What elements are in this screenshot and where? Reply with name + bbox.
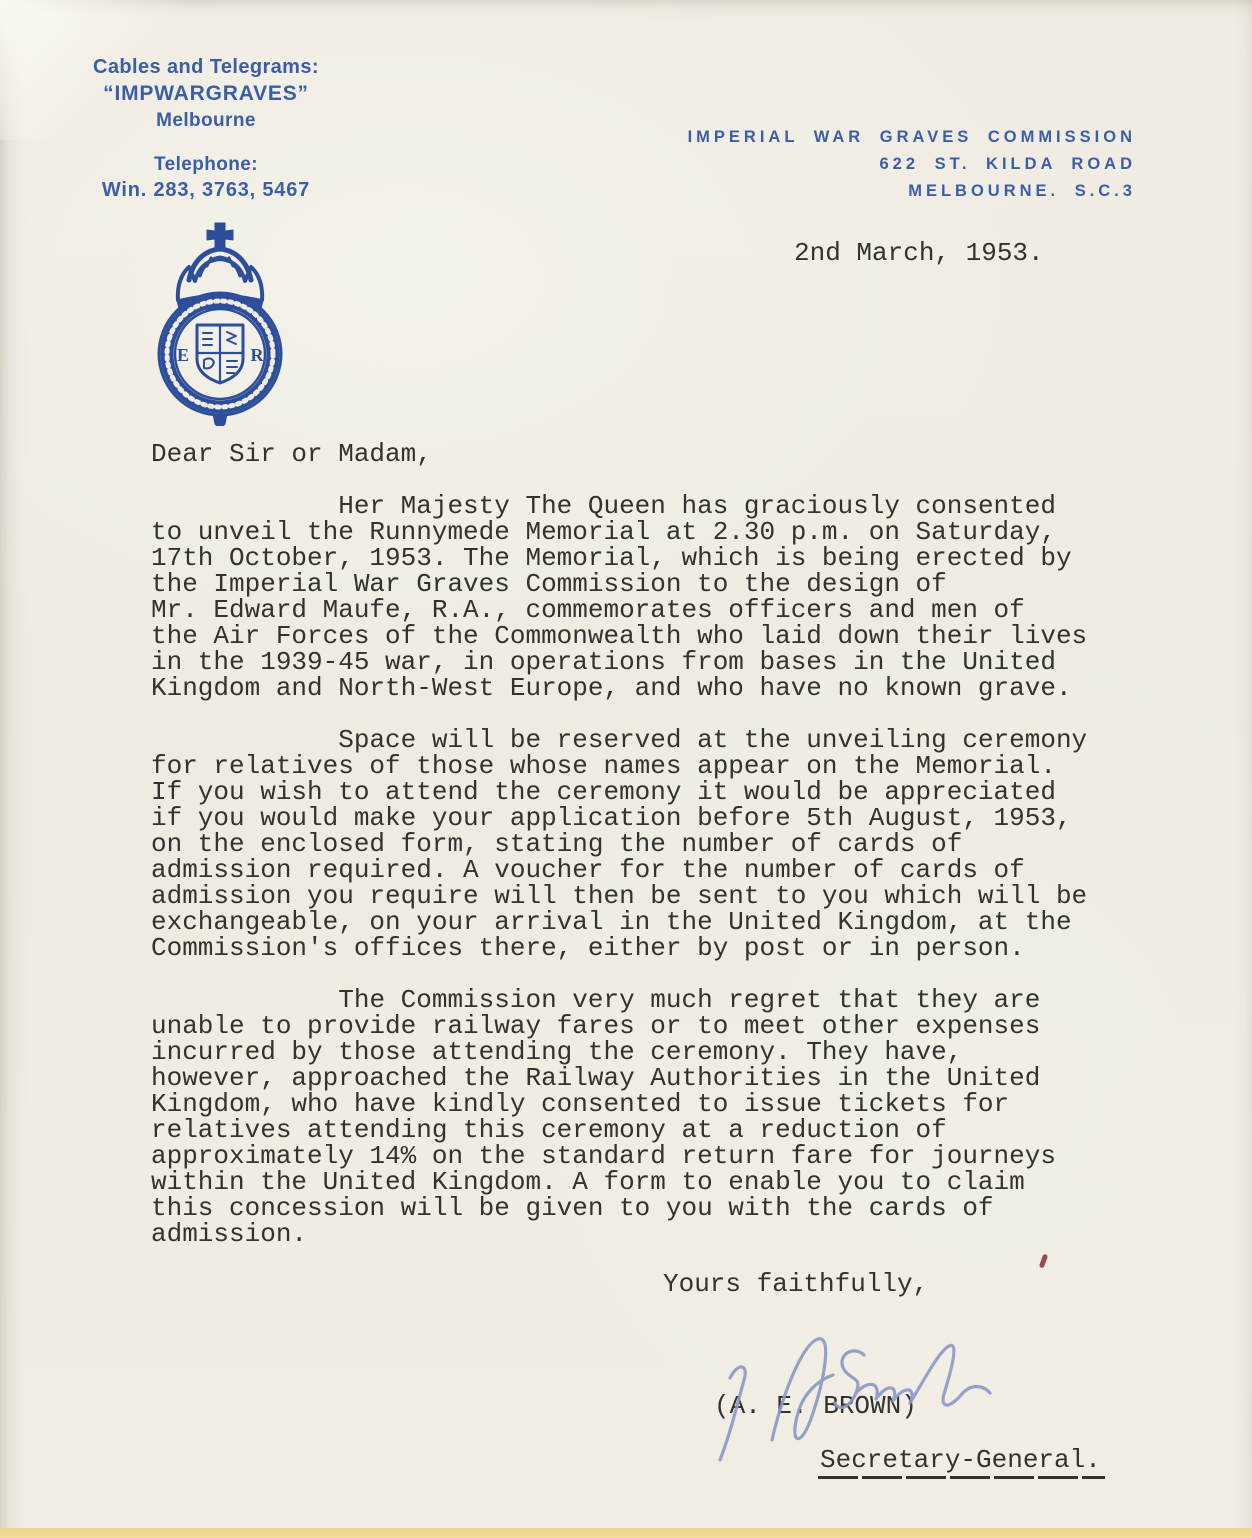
telephone-label: Telephone: xyxy=(86,152,326,177)
letterhead-org-block: IMPERIAL WAR GRAVES COMMISSION 622 ST. K… xyxy=(688,124,1136,205)
org-address-line1: 622 ST. KILDA ROAD xyxy=(688,151,1136,178)
paragraph-1: Her Majesty The Queen has graciously con… xyxy=(151,493,1166,701)
crest-initial-e: E xyxy=(177,345,189,365)
signatory-title: Secretary-General. xyxy=(820,1445,1101,1479)
paragraph-3: The Commission very much regret that the… xyxy=(151,987,1166,1247)
letterhead-contact-block: Cables and Telegrams: “IMPWARGRAVES” Mel… xyxy=(86,54,326,204)
cables-label: Cables and Telegrams: xyxy=(86,54,326,80)
telephone-numbers: Win. 283, 3763, 5467 xyxy=(86,177,326,204)
salutation: Dear Sir or Madam, xyxy=(151,441,1166,467)
scanned-letter-page: Cables and Telegrams: “IMPWARGRAVES” Mel… xyxy=(0,0,1252,1538)
letter-date: 2nd March, 1953. xyxy=(794,238,1044,268)
royal-crest-icon: E R xyxy=(144,220,296,426)
org-address-line2: MELBOURNE. S.C.3 xyxy=(688,178,1136,205)
crest-initial-r: R xyxy=(251,345,265,365)
organisation-name: IMPERIAL WAR GRAVES COMMISSION xyxy=(688,124,1136,151)
paragraph-2: Space will be reserved at the unveiling … xyxy=(151,727,1166,961)
letter-body: Dear Sir or Madam, Her Majesty The Queen… xyxy=(151,441,1166,1273)
cable-address: “IMPWARGRAVES” xyxy=(86,80,326,108)
closing-valediction: Yours faithfully, xyxy=(663,1269,928,1299)
cable-city: Melbourne xyxy=(86,108,326,134)
signatory-name: (A. E. BROWN) xyxy=(714,1391,917,1421)
scan-edge xyxy=(0,1528,1252,1538)
